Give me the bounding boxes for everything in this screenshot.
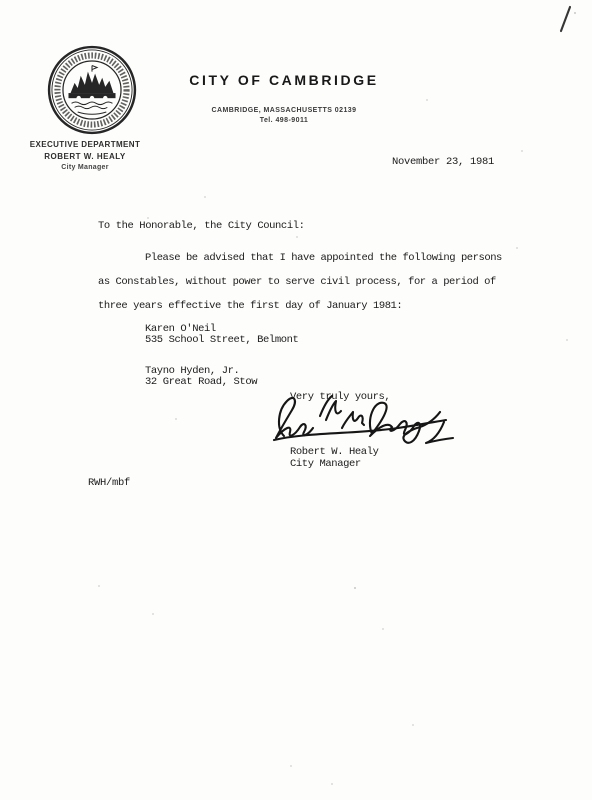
scan-speckle — [354, 587, 356, 589]
appointee-list: Karen O'Neil 535 School Street, Belmont … — [145, 324, 518, 388]
sender-title: City Manager — [18, 164, 152, 171]
reference-initials: RWH/mbf — [88, 477, 130, 489]
letterhead-address: CAMBRIDGE, MASSACHUSETTS 02139 — [168, 107, 400, 114]
sender-department: EXECUTIVE DEPARTMENT — [18, 140, 152, 149]
appointee-address: 535 School Street, Belmont — [145, 335, 518, 346]
scan-speckle — [412, 724, 414, 726]
letterhead-title: CITY OF CAMBRIDGE — [168, 72, 400, 88]
sender-name: ROBERT W. HEALY — [18, 152, 152, 161]
paragraph-line: three years effective the first day of J… — [98, 294, 518, 318]
scan-speckle — [426, 99, 428, 101]
appointee-gap — [145, 346, 518, 366]
scan-speckle — [152, 613, 154, 615]
letterhead: CITY OF CAMBRIDGE CAMBRIDGE, MASSACHUSET… — [168, 72, 400, 124]
scan-speckle — [204, 196, 206, 198]
paragraph-line: Please be advised that I have appointed … — [98, 246, 518, 270]
scan-speckle — [331, 783, 333, 785]
handwritten-page-mark — [546, 4, 580, 34]
scan-speckle — [290, 765, 292, 767]
paragraph-line: as Constables, without power to serve ci… — [98, 270, 518, 294]
scan-speckle — [521, 150, 523, 152]
body-paragraph: Please be advised that I have appointed … — [98, 246, 518, 318]
scan-speckle — [296, 236, 298, 238]
letter-body: To the Honorable, the City Council: Plea… — [98, 221, 518, 388]
scan-speckle — [566, 339, 568, 341]
handwritten-signature — [268, 394, 464, 450]
appointee-address: 32 Great Road, Stow — [145, 377, 518, 388]
letterhead-phone: Tel. 498-9011 — [168, 117, 400, 124]
city-of-cambridge-seal-icon — [46, 44, 138, 136]
sender-block: EXECUTIVE DEPARTMENT ROBERT W. HEALY Cit… — [18, 140, 152, 171]
letter-date: November 23, 1981 — [392, 156, 494, 168]
signature-typed-title: City Manager — [290, 459, 390, 470]
scanned-letter-page: CITY OF CAMBRIDGE CAMBRIDGE, MASSACHUSET… — [0, 0, 592, 800]
scan-speckle — [147, 217, 149, 219]
scan-speckle — [175, 418, 177, 420]
scan-speckle — [382, 628, 384, 630]
scan-speckle — [98, 585, 100, 587]
salutation: To the Honorable, the City Council: — [98, 221, 518, 232]
scan-speckle — [516, 247, 518, 249]
